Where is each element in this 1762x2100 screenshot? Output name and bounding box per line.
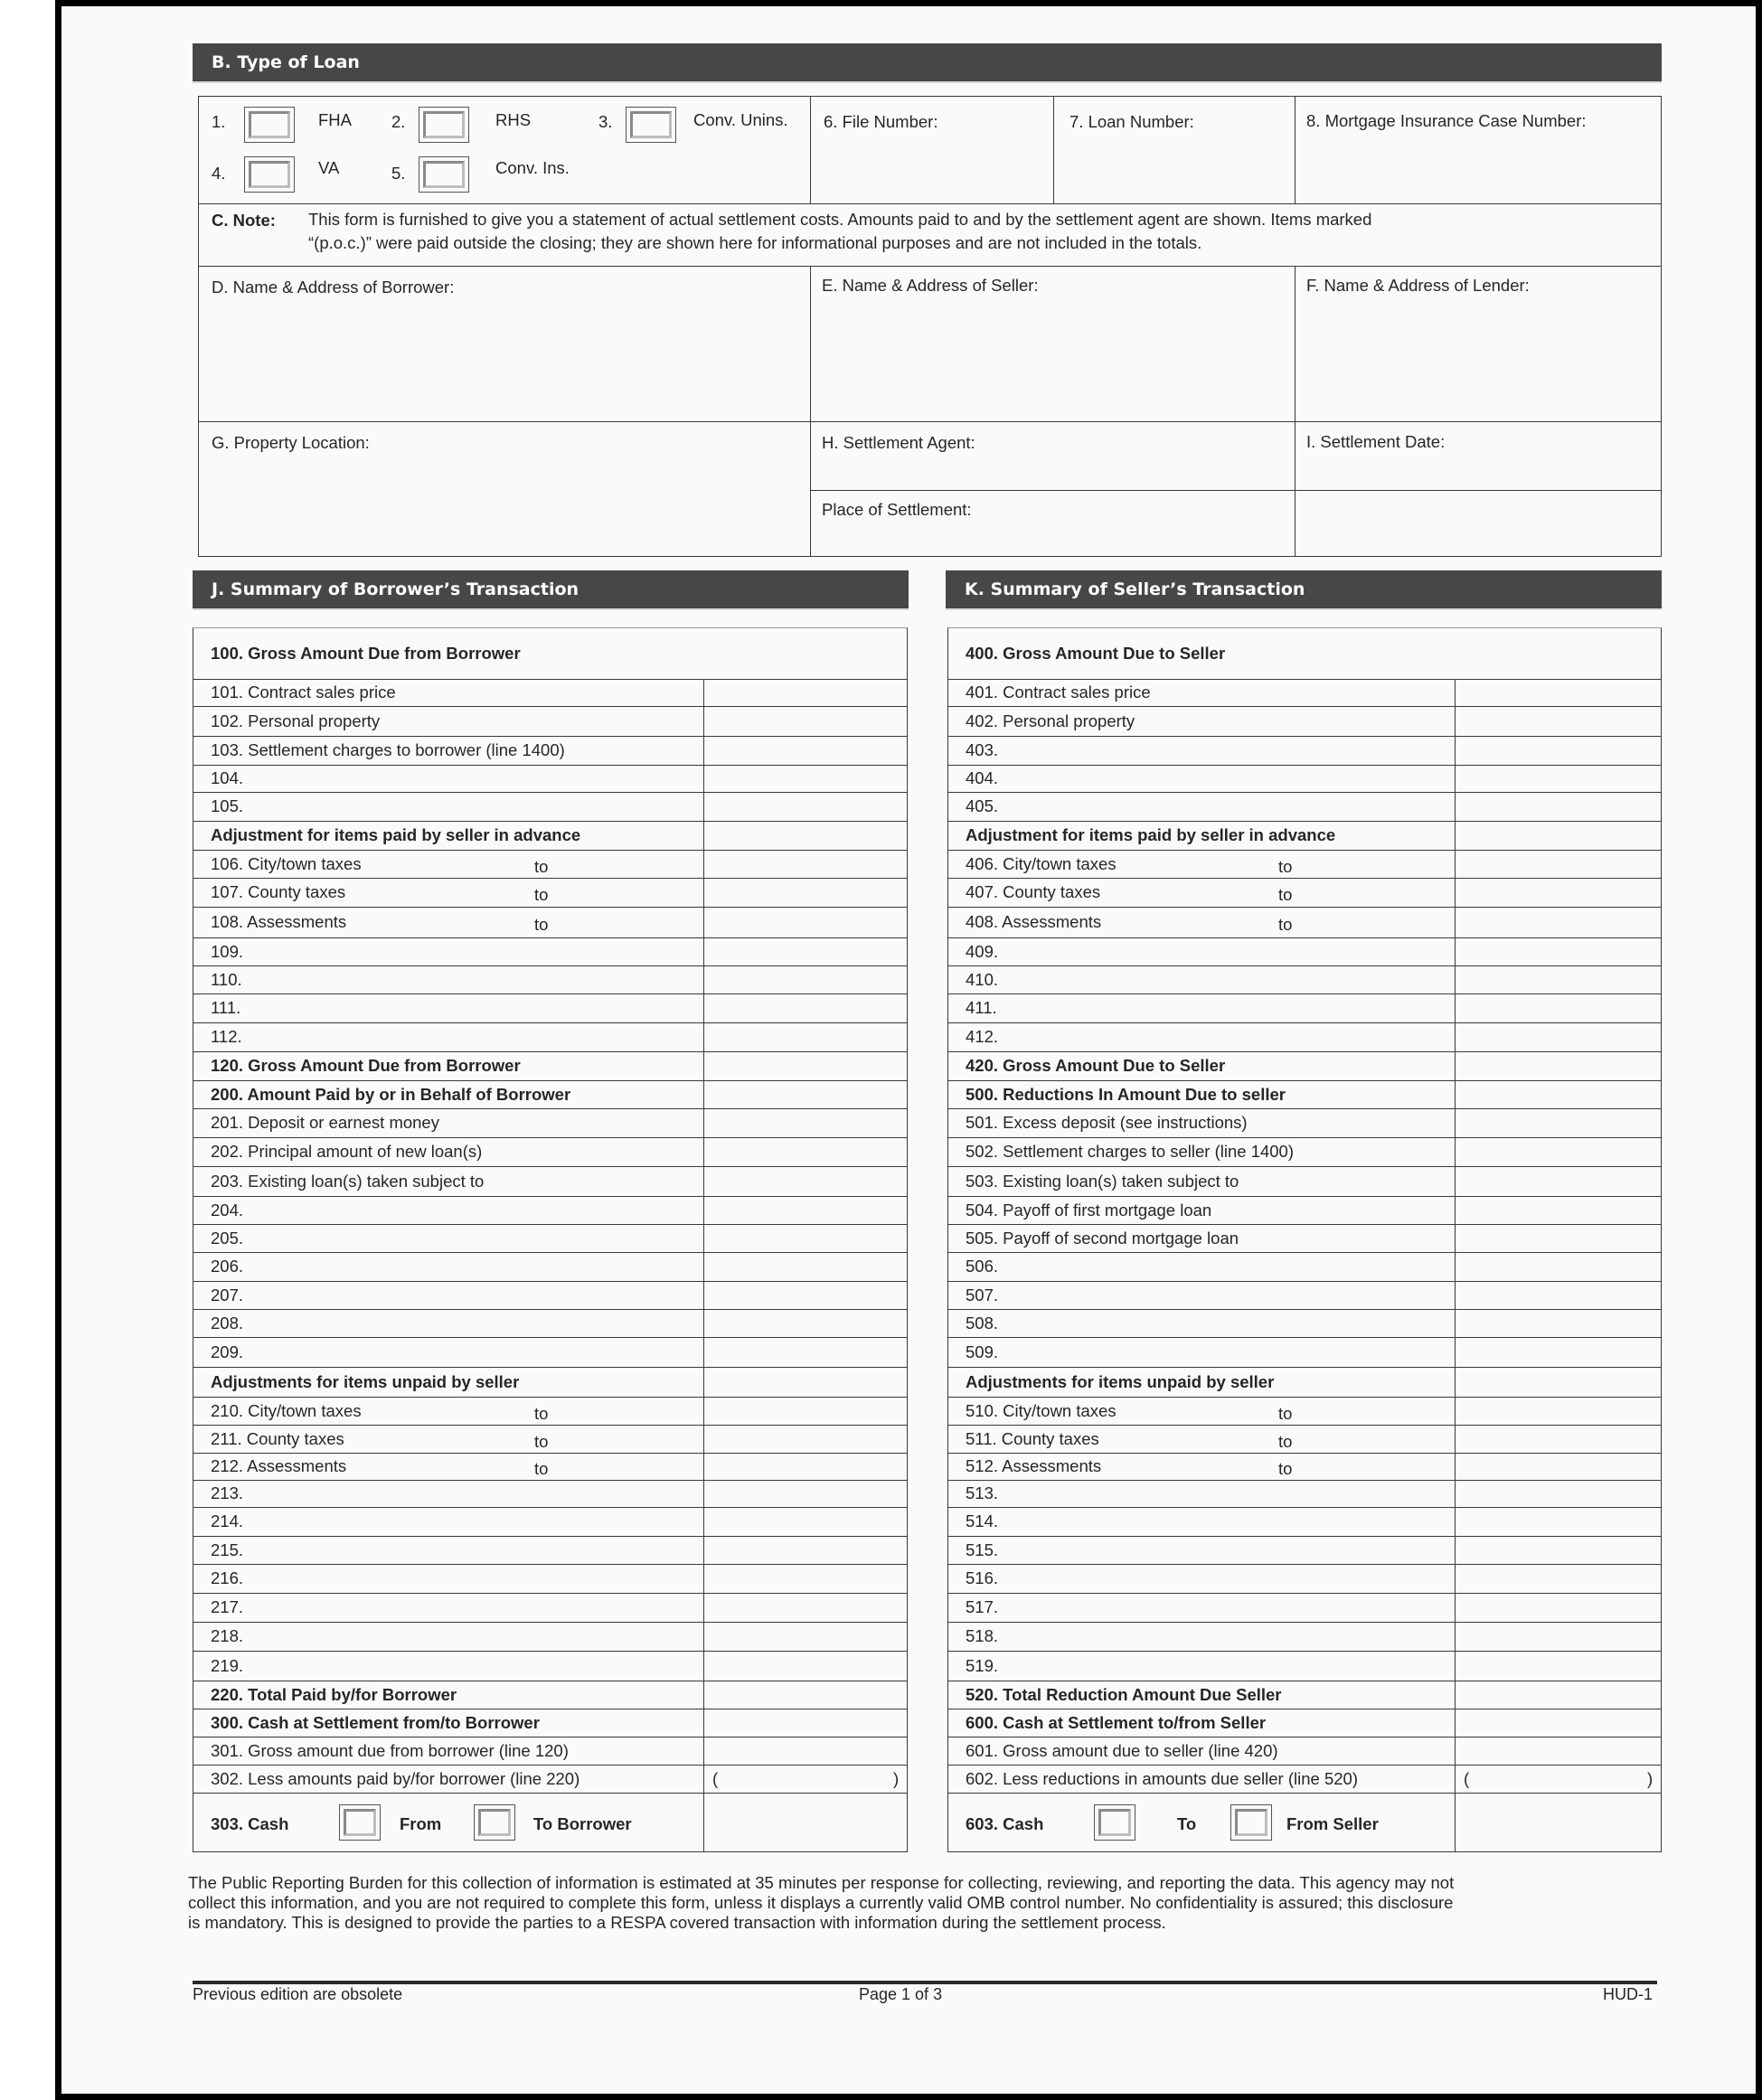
table-row: 503. Existing loan(s) taken subject to bbox=[947, 1166, 1662, 1196]
divider bbox=[198, 203, 1662, 204]
table-row: 216. bbox=[193, 1564, 908, 1593]
amount-field[interactable] bbox=[705, 707, 906, 735]
table-row: 516. bbox=[947, 1564, 1662, 1593]
table-row: 212. Assessmentsto bbox=[193, 1453, 908, 1480]
paren-close: ) bbox=[893, 1769, 899, 1789]
line-item-label: 110. bbox=[211, 970, 242, 990]
amount-field[interactable] bbox=[705, 1398, 906, 1424]
table-section-header: 100. Gross Amount Due from Borrower bbox=[211, 644, 521, 664]
line-item-label: 206. bbox=[211, 1257, 243, 1276]
line-item-label: 210. City/town taxes bbox=[211, 1401, 362, 1421]
amount-field[interactable] bbox=[1456, 1081, 1660, 1107]
amount-field[interactable] bbox=[705, 766, 906, 791]
divider bbox=[810, 96, 811, 203]
line-item-label: Adjustment for items paid by seller in a… bbox=[966, 825, 1335, 845]
table-row: 107. County taxesto bbox=[193, 878, 908, 907]
cash-option-2-label: From Seller bbox=[1286, 1814, 1379, 1834]
line-item-label: 103. Settlement charges to borrower (lin… bbox=[211, 740, 565, 760]
line-item-label: 205. bbox=[211, 1229, 243, 1248]
amount-field[interactable] bbox=[1456, 938, 1660, 965]
table-row: 502. Settlement charges to seller (line … bbox=[947, 1137, 1662, 1166]
line-item-label: 302. Less amounts paid by/for borrower (… bbox=[211, 1769, 579, 1789]
cash-option-1-label: From bbox=[400, 1814, 441, 1834]
date-range-to-label: to bbox=[534, 1404, 548, 1424]
table-row: 202. Principal amount of new loan(s) bbox=[193, 1137, 908, 1166]
amount-field[interactable] bbox=[1456, 994, 1660, 1022]
table-row: 109. bbox=[193, 937, 908, 965]
table-row: 513. bbox=[947, 1480, 1662, 1507]
amount-field[interactable] bbox=[1456, 822, 1660, 849]
amount-field[interactable] bbox=[705, 938, 906, 965]
table-row: 518. bbox=[947, 1622, 1662, 1651]
table-row: 200. Amount Paid by or in Behalf of Borr… bbox=[193, 1080, 908, 1108]
paren-open: ( bbox=[1464, 1769, 1469, 1789]
line-item-label: 112. bbox=[211, 1027, 242, 1047]
place-of-settlement-label: Place of Settlement: bbox=[822, 500, 972, 520]
date-range-to-label: to bbox=[534, 885, 548, 905]
table-row: 110. bbox=[193, 965, 908, 993]
table-row: 300. Cash at Settlement from/to Borrower bbox=[193, 1709, 908, 1737]
line-item-label: 517. bbox=[966, 1597, 998, 1617]
amount-field[interactable] bbox=[705, 1253, 906, 1280]
table-row: Adjustments for items unpaid by seller bbox=[193, 1367, 908, 1397]
table-row: 601. Gross amount due to seller (line 42… bbox=[947, 1737, 1662, 1765]
amount-field[interactable] bbox=[705, 1282, 906, 1308]
amount-field[interactable] bbox=[1456, 1167, 1660, 1195]
amount-field[interactable] bbox=[705, 1737, 906, 1764]
table-row: 412. bbox=[947, 1022, 1662, 1051]
settlement-date-field[interactable] bbox=[1296, 457, 1660, 489]
line-item-label: 406. City/town taxes bbox=[966, 854, 1117, 874]
line-item-label: 600. Cash at Settlement to/from Seller bbox=[966, 1713, 1266, 1733]
line-item-label: 602. Less reductions in amounts due sell… bbox=[966, 1769, 1358, 1789]
cash-option-2-label: To Borrower bbox=[533, 1814, 632, 1834]
line-item-label: Adjustments for items unpaid by seller bbox=[966, 1372, 1274, 1392]
line-item-label: 217. bbox=[211, 1597, 243, 1617]
loan-type-number: 3. bbox=[598, 112, 612, 132]
amount-field[interactable] bbox=[1456, 1426, 1660, 1452]
footer-rule bbox=[193, 1981, 1657, 1984]
amount-field[interactable] bbox=[705, 822, 906, 849]
line-item-label: 505. Payoff of second mortgage loan bbox=[966, 1229, 1239, 1248]
seller-field[interactable] bbox=[812, 303, 1293, 420]
divider bbox=[1053, 96, 1054, 203]
date-range-to-label: to bbox=[534, 915, 548, 935]
amount-field[interactable] bbox=[705, 1138, 906, 1165]
line-item-label: 214. bbox=[211, 1511, 243, 1531]
table-row: 302. Less amounts paid by/for borrower (… bbox=[193, 1765, 908, 1793]
amount-field[interactable] bbox=[705, 793, 906, 820]
cash-to-checkbox[interactable] bbox=[1094, 1804, 1135, 1841]
amount-field[interactable] bbox=[1456, 851, 1660, 877]
date-range-to-label: to bbox=[534, 1459, 548, 1479]
va-checkbox[interactable] bbox=[244, 156, 295, 193]
section-b-header: B. Type of Loan bbox=[193, 43, 1662, 83]
line-item-label: 508. bbox=[966, 1314, 998, 1333]
line-item-label: 511. County taxes bbox=[966, 1429, 1099, 1449]
loan-number-field[interactable] bbox=[1055, 136, 1293, 202]
table-row: 409. bbox=[947, 937, 1662, 965]
table-row: 106. City/town taxesto bbox=[193, 850, 908, 878]
line-item-label: 300. Cash at Settlement from/to Borrower bbox=[211, 1713, 540, 1733]
amount-field[interactable] bbox=[705, 1508, 906, 1535]
amount-field[interactable] bbox=[1456, 879, 1660, 906]
amount-field[interactable] bbox=[705, 1052, 906, 1079]
line-item-label: 519. bbox=[966, 1656, 998, 1676]
line-item-label: 515. bbox=[966, 1540, 998, 1560]
table-row: 519. bbox=[947, 1651, 1662, 1681]
amount-field[interactable] bbox=[1456, 1310, 1660, 1336]
divider bbox=[198, 266, 1662, 267]
burden-statement: The Public Reporting Burden for this col… bbox=[188, 1873, 1671, 1933]
line-item-label: 509. bbox=[966, 1342, 998, 1362]
line-item-label: 420. Gross Amount Due to Seller bbox=[966, 1056, 1225, 1076]
line-item-label: 220. Total Paid by/for Borrower bbox=[211, 1685, 457, 1705]
table-row: 600. Cash at Settlement to/from Seller bbox=[947, 1709, 1662, 1737]
note-label: C. Note: bbox=[212, 211, 276, 231]
table-row: 511. County taxesto bbox=[947, 1425, 1662, 1453]
table-row: 407. County taxesto bbox=[947, 878, 1662, 907]
amount-field[interactable] bbox=[705, 1766, 906, 1792]
line-item-label: 601. Gross amount due to seller (line 42… bbox=[966, 1741, 1278, 1761]
amount-field[interactable] bbox=[705, 1109, 906, 1136]
fha-checkbox[interactable] bbox=[244, 107, 295, 143]
line-item-label: 200. Amount Paid by or in Behalf of Borr… bbox=[211, 1085, 570, 1105]
line-item-label: 404. bbox=[966, 768, 998, 788]
line-item-label: 301. Gross amount due from borrower (lin… bbox=[211, 1741, 569, 1761]
table-row: 405. bbox=[947, 792, 1662, 821]
loan-type-label: RHS bbox=[495, 110, 531, 130]
table-row: 210. City/town taxesto bbox=[193, 1397, 908, 1425]
amount-field[interactable] bbox=[705, 966, 906, 993]
borrower-field[interactable] bbox=[200, 303, 808, 420]
amount-field[interactable] bbox=[705, 1426, 906, 1452]
line-item-label: Adjustment for items paid by seller in a… bbox=[211, 825, 580, 845]
line-item-label: 219. bbox=[211, 1656, 243, 1676]
line-item-label: 212. Assessments bbox=[211, 1456, 346, 1476]
conv-ins-checkbox[interactable] bbox=[419, 156, 469, 193]
amount-field[interactable] bbox=[705, 1225, 906, 1251]
line-item-label: 202. Principal amount of new loan(s) bbox=[211, 1142, 482, 1162]
loan-type-number: 1. bbox=[212, 112, 225, 132]
amount-field[interactable] bbox=[1456, 1398, 1660, 1424]
line-item-label: 407. County taxes bbox=[966, 882, 1100, 902]
table-row: 205. bbox=[193, 1224, 908, 1252]
table-row: 218. bbox=[193, 1622, 908, 1651]
amount-field[interactable] bbox=[1456, 1282, 1660, 1308]
amount-field[interactable] bbox=[1456, 1537, 1660, 1563]
cash-amount-field[interactable] bbox=[705, 1794, 906, 1851]
cash-amount-field[interactable] bbox=[1456, 1794, 1660, 1851]
table-row: 506. bbox=[947, 1252, 1662, 1281]
date-range-to-label: to bbox=[534, 857, 548, 877]
cash-option-1-label: To bbox=[1177, 1814, 1196, 1834]
cash-from-checkbox[interactable] bbox=[339, 1804, 381, 1841]
date-range-to-label: to bbox=[1278, 1459, 1292, 1479]
table-row: 410. bbox=[947, 965, 1662, 993]
table-row: 517. bbox=[947, 1593, 1662, 1622]
lender-field[interactable] bbox=[1296, 303, 1660, 420]
amount-field[interactable] bbox=[705, 1197, 906, 1223]
amount-field[interactable] bbox=[1456, 1594, 1660, 1621]
footer-left: Previous edition are obsolete bbox=[193, 1985, 402, 2004]
line-item-label: 502. Settlement charges to seller (line … bbox=[966, 1142, 1294, 1162]
loan-type-label: FHA bbox=[318, 110, 352, 130]
lender-label: F. Name & Address of Lender: bbox=[1306, 276, 1530, 296]
line-item-label: 513. bbox=[966, 1483, 998, 1503]
amount-field[interactable] bbox=[705, 1368, 906, 1396]
amount-field[interactable] bbox=[705, 1565, 906, 1592]
amount-field[interactable] bbox=[1456, 1368, 1660, 1396]
table-row: 515. bbox=[947, 1536, 1662, 1564]
table-row: 512. Assessmentsto bbox=[947, 1453, 1662, 1480]
amount-field[interactable] bbox=[1456, 1052, 1660, 1079]
date-range-to-label: to bbox=[534, 1432, 548, 1452]
line-item-label: 207. bbox=[211, 1285, 243, 1305]
borrower-label: D. Name & Address of Borrower: bbox=[212, 278, 454, 297]
table-row: 204. bbox=[193, 1196, 908, 1224]
loan-type-number: 5. bbox=[391, 164, 405, 184]
amount-field[interactable] bbox=[705, 1623, 906, 1650]
note-line-1: This form is furnished to give you a sta… bbox=[308, 208, 1371, 231]
line-item-label: 105. bbox=[211, 796, 243, 816]
amount-field[interactable] bbox=[1456, 1338, 1660, 1366]
line-item-label: 500. Reductions In Amount Due to seller bbox=[966, 1085, 1286, 1105]
amount-field[interactable] bbox=[705, 1709, 906, 1736]
amount-field[interactable] bbox=[705, 1652, 906, 1680]
cash-label: 303. Cash bbox=[211, 1814, 288, 1834]
property-location-field[interactable] bbox=[200, 457, 808, 555]
table-row: 111. bbox=[193, 993, 908, 1022]
line-item-label: 218. bbox=[211, 1626, 243, 1646]
line-item-label: 104. bbox=[211, 768, 243, 788]
amount-field[interactable] bbox=[1456, 1023, 1660, 1050]
amount-field[interactable] bbox=[705, 879, 906, 906]
table-row: 301. Gross amount due from borrower (lin… bbox=[193, 1737, 908, 1765]
amount-field[interactable] bbox=[705, 1310, 906, 1336]
settlement-date-label: I. Settlement Date: bbox=[1306, 432, 1445, 452]
table-row: 501. Excess deposit (see instructions) bbox=[947, 1108, 1662, 1137]
table-row: 102. Personal property bbox=[193, 706, 908, 736]
amount-field[interactable] bbox=[705, 1338, 906, 1366]
amount-field[interactable] bbox=[1456, 1652, 1660, 1680]
table-row: 602. Less reductions in amounts due sell… bbox=[947, 1765, 1662, 1793]
table-row: 213. bbox=[193, 1480, 908, 1507]
amount-field[interactable] bbox=[1456, 1481, 1660, 1506]
amount-field[interactable] bbox=[1456, 1737, 1660, 1764]
line-item-label: Adjustments for items unpaid by seller bbox=[211, 1372, 519, 1392]
amount-field[interactable] bbox=[705, 1681, 906, 1708]
line-item-label: 401. Contract sales price bbox=[966, 683, 1151, 702]
table-row: 217. bbox=[193, 1593, 908, 1622]
line-item-label: 503. Existing loan(s) taken subject to bbox=[966, 1172, 1239, 1191]
rhs-checkbox[interactable] bbox=[419, 107, 469, 143]
table-row: 220. Total Paid by/for Borrower bbox=[193, 1681, 908, 1709]
table-row: 207. bbox=[193, 1281, 908, 1309]
amount-field[interactable] bbox=[705, 1167, 906, 1195]
file-number-field[interactable] bbox=[812, 136, 1051, 202]
table-row: 510. City/town taxesto bbox=[947, 1397, 1662, 1425]
amount-field[interactable] bbox=[1456, 1225, 1660, 1251]
borrower-summary-header: J. Summary of Borrower’s Transaction bbox=[193, 570, 909, 610]
table-row: 104. bbox=[193, 765, 908, 792]
table-row: 108. Assessmentsto bbox=[193, 907, 908, 937]
table-row: 206. bbox=[193, 1252, 908, 1281]
line-item-label: 120. Gross Amount Due from Borrower bbox=[211, 1056, 521, 1076]
table-row: 507. bbox=[947, 1281, 1662, 1309]
amount-field[interactable] bbox=[705, 1537, 906, 1563]
loan-type-label: VA bbox=[318, 158, 339, 178]
line-item-label: 215. bbox=[211, 1540, 243, 1560]
table-row: 211. County taxesto bbox=[193, 1425, 908, 1453]
table-row: 401. Contract sales price bbox=[947, 679, 1662, 706]
amount-field[interactable] bbox=[705, 1023, 906, 1050]
amount-field[interactable] bbox=[705, 851, 906, 877]
note-text: This form is furnished to give you a sta… bbox=[308, 208, 1371, 255]
divider bbox=[810, 266, 811, 557]
table-row: 103. Settlement charges to borrower (lin… bbox=[193, 736, 908, 765]
line-item-label: 403. bbox=[966, 740, 998, 760]
table-row: 201. Deposit or earnest money bbox=[193, 1108, 908, 1137]
table-section-header: 400. Gross Amount Due to Seller bbox=[966, 644, 1225, 664]
amount-field[interactable] bbox=[1456, 1253, 1660, 1280]
line-item-label: 410. bbox=[966, 970, 998, 990]
line-item-label: 516. bbox=[966, 1568, 998, 1588]
line-item-label: 409. bbox=[966, 942, 998, 962]
seller-label: E. Name & Address of Seller: bbox=[822, 276, 1039, 296]
date-range-to-label: to bbox=[1278, 857, 1292, 877]
table-row: 514. bbox=[947, 1507, 1662, 1536]
amount-field[interactable] bbox=[1456, 793, 1660, 820]
amount-field[interactable] bbox=[705, 1454, 906, 1479]
line-item-label: 411. bbox=[966, 998, 997, 1018]
amount-field[interactable] bbox=[1456, 1565, 1660, 1592]
line-item-label: 204. bbox=[211, 1201, 243, 1220]
table-row: 520. Total Reduction Amount Due Seller bbox=[947, 1681, 1662, 1709]
paren-close: ) bbox=[1647, 1769, 1653, 1789]
table-row: 219. bbox=[193, 1651, 908, 1681]
table-row: 505. Payoff of second mortgage loan bbox=[947, 1224, 1662, 1252]
table-row: 105. bbox=[193, 792, 908, 821]
line-item-label: 514. bbox=[966, 1511, 998, 1531]
loan-type-label: Conv. Unins. bbox=[693, 110, 788, 130]
amount-field[interactable] bbox=[1456, 966, 1660, 993]
amount-field[interactable] bbox=[1456, 1109, 1660, 1136]
table-row: 112. bbox=[193, 1022, 908, 1051]
loan-type-number: 4. bbox=[212, 164, 225, 184]
amount-field[interactable] bbox=[705, 994, 906, 1022]
line-item-label: 412. bbox=[966, 1027, 998, 1047]
amount-field[interactable] bbox=[1456, 707, 1660, 735]
table-row: 406. City/town taxesto bbox=[947, 850, 1662, 878]
burden-line-3: is mandatory. This is designed to provid… bbox=[188, 1913, 1671, 1933]
line-item-label: 520. Total Reduction Amount Due Seller bbox=[966, 1685, 1282, 1705]
amount-field[interactable] bbox=[1456, 908, 1660, 937]
amount-field[interactable] bbox=[1456, 766, 1660, 791]
line-item-label: 518. bbox=[966, 1626, 998, 1646]
divider bbox=[1295, 266, 1296, 557]
amount-field[interactable] bbox=[1456, 1197, 1660, 1223]
amount-field[interactable] bbox=[1456, 1709, 1660, 1736]
table-row: 500. Reductions In Amount Due to seller bbox=[947, 1080, 1662, 1108]
amount-field[interactable] bbox=[705, 737, 906, 764]
line-item-label: 512. Assessments bbox=[966, 1456, 1101, 1476]
loan-number-label: 7. Loan Number: bbox=[1069, 112, 1194, 132]
form-id: HUD-1 bbox=[1603, 1985, 1653, 2004]
amount-field[interactable] bbox=[1456, 680, 1660, 705]
cash-from-seller-checkbox[interactable] bbox=[1230, 1804, 1272, 1841]
line-item-label: 216. bbox=[211, 1568, 243, 1588]
amount-field[interactable] bbox=[1456, 1681, 1660, 1708]
line-item-label: 203. Existing loan(s) taken subject to bbox=[211, 1172, 484, 1191]
line-item-label: 209. bbox=[211, 1342, 243, 1362]
table-row: 208. bbox=[193, 1309, 908, 1337]
amount-field[interactable] bbox=[705, 680, 906, 705]
cash-to-borrower-checkbox[interactable] bbox=[474, 1804, 515, 1841]
amount-field[interactable] bbox=[1456, 737, 1660, 764]
amount-field[interactable] bbox=[1456, 1766, 1660, 1792]
table-row: 120. Gross Amount Due from Borrower bbox=[193, 1051, 908, 1080]
line-item-label: 106. City/town taxes bbox=[211, 854, 362, 874]
amount-field[interactable] bbox=[1456, 1623, 1660, 1650]
line-item-label: 107. County taxes bbox=[211, 882, 345, 902]
table-row: 215. bbox=[193, 1536, 908, 1564]
date-range-to-label: to bbox=[1278, 1432, 1292, 1452]
settlement-agent-field[interactable] bbox=[812, 457, 1293, 489]
cash-row: 603. CashToFrom Seller bbox=[947, 1793, 1662, 1852]
table-row: 203. Existing loan(s) taken subject to bbox=[193, 1166, 908, 1196]
line-item-label: 507. bbox=[966, 1285, 998, 1305]
section-b-title: B. Type of Loan bbox=[212, 52, 360, 72]
mic-number-field[interactable] bbox=[1296, 136, 1660, 202]
table-row: 508. bbox=[947, 1309, 1662, 1337]
table-row: 411. bbox=[947, 993, 1662, 1022]
amount-field[interactable] bbox=[1456, 1138, 1660, 1165]
line-item-label: 109. bbox=[211, 942, 243, 962]
table-row: 404. bbox=[947, 765, 1662, 792]
seller-summary-header: K. Summary of Seller’s Transaction bbox=[946, 570, 1662, 610]
mic-number-label: 8. Mortgage Insurance Case Number: bbox=[1306, 111, 1587, 131]
place-of-settlement-field[interactable] bbox=[812, 523, 1293, 555]
cash-row: 303. CashFromTo Borrower bbox=[193, 1793, 908, 1852]
line-item-label: 501. Excess deposit (see instructions) bbox=[966, 1113, 1248, 1133]
loan-type-number: 2. bbox=[391, 112, 405, 132]
amount-field[interactable] bbox=[705, 1081, 906, 1107]
line-item-label: 208. bbox=[211, 1314, 243, 1333]
table-row: 408. Assessmentsto bbox=[947, 907, 1662, 937]
amount-field[interactable] bbox=[1456, 1508, 1660, 1535]
table-row: Adjustment for items paid by seller in a… bbox=[193, 821, 908, 850]
table-row: 403. bbox=[947, 736, 1662, 765]
line-item-label: 506. bbox=[966, 1257, 998, 1276]
line-item-label: 402. Personal property bbox=[966, 711, 1135, 731]
line-item-label: 408. Assessments bbox=[966, 912, 1101, 932]
line-item-label: 213. bbox=[211, 1483, 243, 1503]
amount-field[interactable] bbox=[705, 1481, 906, 1506]
table-row: 214. bbox=[193, 1507, 908, 1536]
amount-field[interactable] bbox=[1456, 1454, 1660, 1479]
date-range-to-label: to bbox=[1278, 1404, 1292, 1424]
table-row: 420. Gross Amount Due to Seller bbox=[947, 1051, 1662, 1080]
conv-unins-checkbox[interactable] bbox=[626, 107, 676, 143]
loan-type-label: Conv. Ins. bbox=[495, 158, 570, 178]
amount-field[interactable] bbox=[705, 1594, 906, 1621]
amount-field[interactable] bbox=[705, 908, 906, 937]
line-item-label: 108. Assessments bbox=[211, 912, 346, 932]
date-range-to-label: to bbox=[1278, 885, 1292, 905]
table-row: 402. Personal property bbox=[947, 706, 1662, 736]
page-number: Page 1 of 3 bbox=[859, 1985, 942, 2004]
